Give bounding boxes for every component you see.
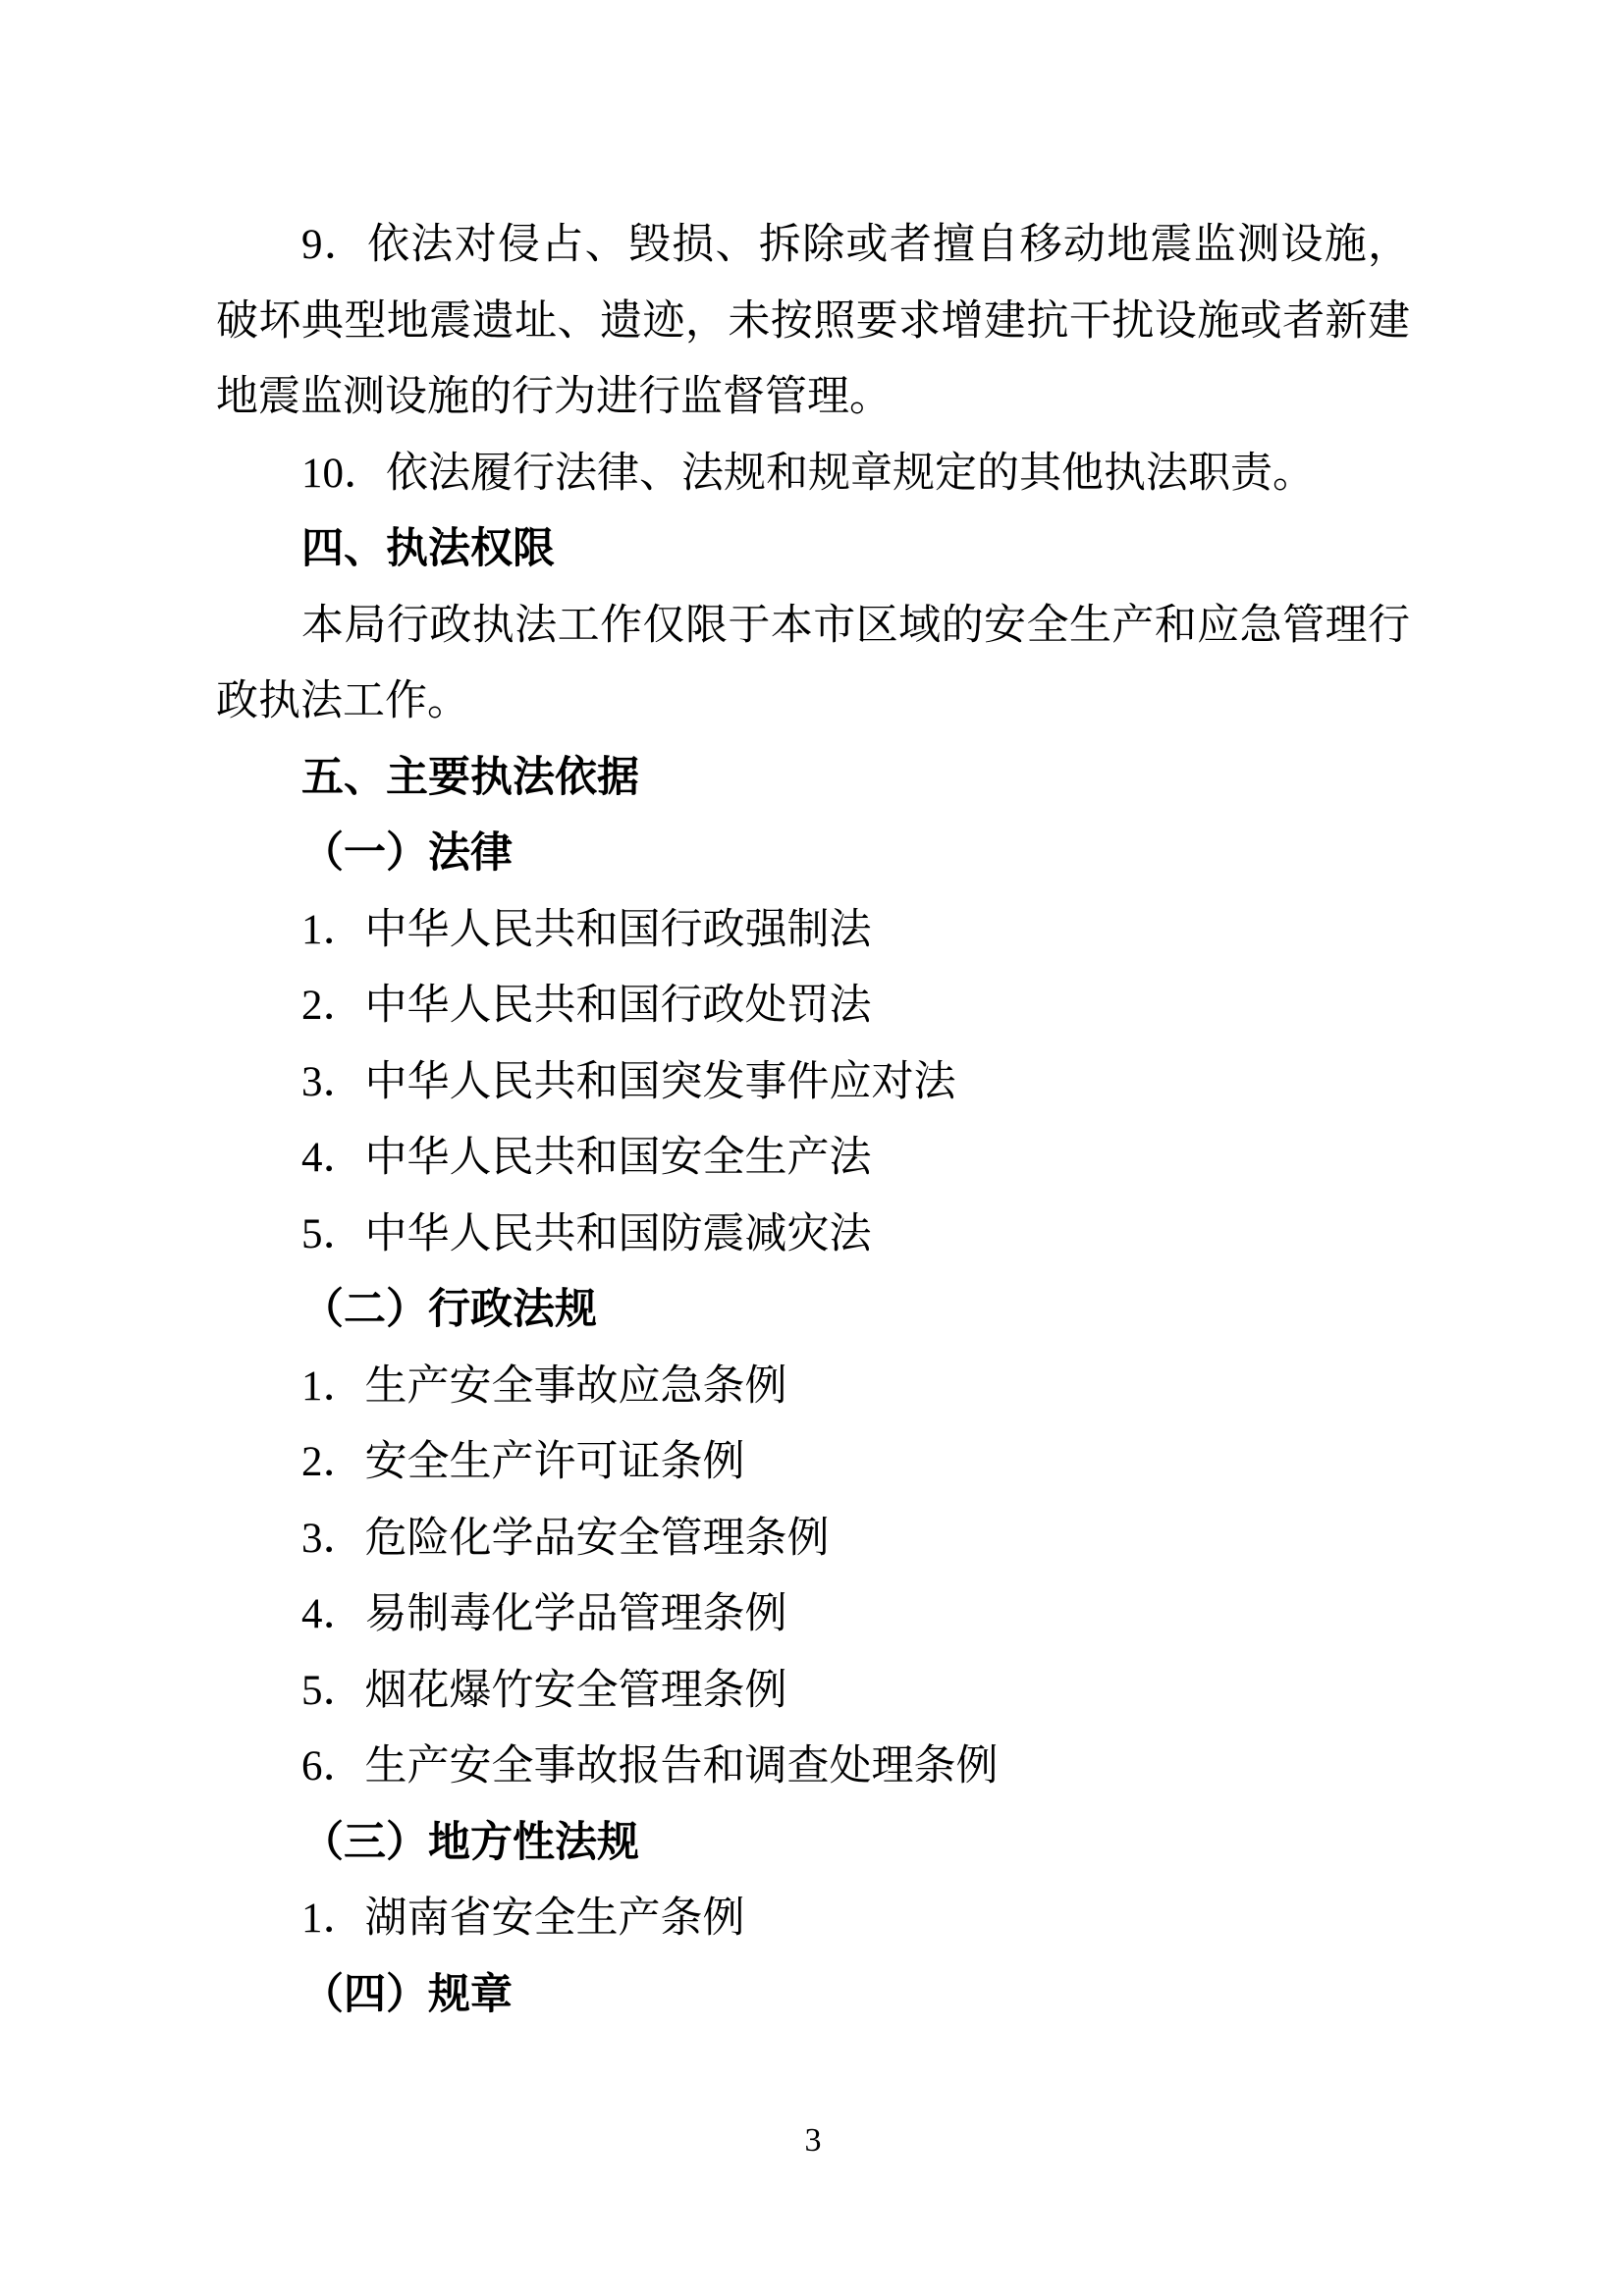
page-number: 3 <box>216 2118 1410 2163</box>
regulation-item-1: 1．生产安全事故应急条例 <box>216 1349 1410 1425</box>
heading-subsection-2-administrative-regulations: （二）行政法规 <box>216 1272 1410 1349</box>
heading-section-5-main-legal-basis: 五、主要执法依据 <box>216 740 1410 817</box>
regulation-item-6: 6．生产安全事故报告和调查处理条例 <box>216 1729 1410 1805</box>
document-page: 9．依法对侵占、毁损、拆除或者擅自移动地震监测设施，破坏典型地震遗址、遗迹，未按… <box>0 0 1624 2296</box>
local-regulation-item-1: 1．湖南省安全生产条例 <box>216 1881 1410 1957</box>
para-enforcement-scope: 本局行政执法工作仅限于本市区域的安全生产和应急管理行政执法工作。 <box>216 588 1410 740</box>
law-item-3: 3．中华人民共和国突发事件应对法 <box>216 1044 1410 1121</box>
regulation-item-5: 5．烟花爆竹安全管理条例 <box>216 1653 1410 1730</box>
law-item-5: 5．中华人民共和国防震减灾法 <box>216 1197 1410 1273</box>
regulation-item-2: 2．安全生产许可证条例 <box>216 1424 1410 1501</box>
law-item-1: 1．中华人民共和国行政强制法 <box>216 892 1410 969</box>
document-body: 9．依法对侵占、毁损、拆除或者擅自移动地震监测设施，破坏典型地震遗址、遗迹，未按… <box>216 207 1410 2033</box>
law-item-2: 2．中华人民共和国行政处罚法 <box>216 968 1410 1044</box>
list-item-10: 10．依法履行法律、法规和规章规定的其他执法职责。 <box>216 436 1410 512</box>
heading-subsection-1-laws: （一）法律 <box>216 816 1410 892</box>
list-item-9: 9．依法对侵占、毁损、拆除或者擅自移动地震监测设施，破坏典型地震遗址、遗迹，未按… <box>216 207 1410 436</box>
law-item-4: 4．中华人民共和国安全生产法 <box>216 1120 1410 1197</box>
heading-subsection-3-local-regulations: （三）地方性法规 <box>216 1805 1410 1882</box>
regulation-item-3: 3．危险化学品安全管理条例 <box>216 1501 1410 1577</box>
heading-section-4-enforcement-authority: 四、执法权限 <box>216 511 1410 588</box>
heading-subsection-4-rules: （四）规章 <box>216 1957 1410 2034</box>
regulation-item-4: 4．易制毒化学品管理条例 <box>216 1576 1410 1653</box>
